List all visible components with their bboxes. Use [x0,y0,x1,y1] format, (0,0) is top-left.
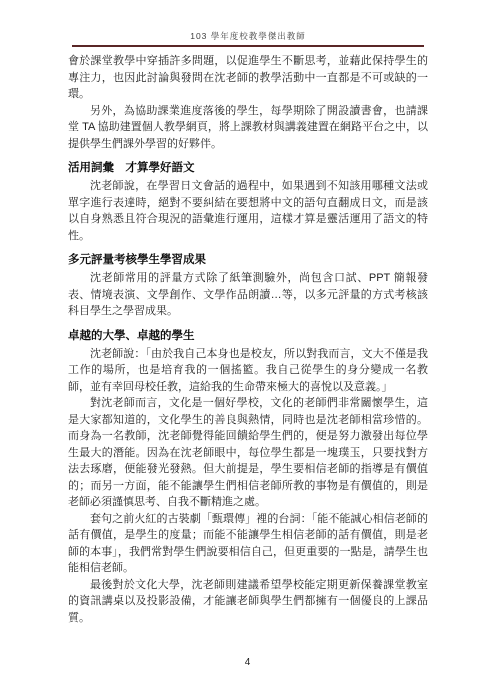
page-number: 4 [245,657,251,668]
paragraph: 沈老師常用的評量方式除了紙筆測驗外，尚包含口試、PPT 簡報發表、情境表演、文學… [68,270,428,320]
section-heading: 活用詞彙 才算學好語文 [68,160,428,176]
paragraph: 套句之前火紅的古裝劇「甄環傳」裡的台詞：「能不能誠心相信老師的話有價值，是學生的… [68,511,428,577]
page-footer: 4 [0,652,495,670]
document-page: 103 學年度校教學傑出教師 會於課堂教學中穿插許多問題，以促進學生不斷思考，並… [0,0,495,700]
section-heading: 卓越的大學、卓越的學生 [68,328,428,344]
paragraph: 沈老師說：「由於我自己本身也是校友，所以對我而言，文大不僅是我工作的場所，也是培… [68,346,428,396]
paragraph: 對沈老師而言，文化是一個好學校，文化的老師們非常關懷學生，這是大家都知道的，文化… [68,395,428,511]
header-rule [72,45,424,47]
header-title: 103 學年度校教學傑出教師 [68,30,428,42]
paragraph: 另外，為協助課業進度落後的學生，每學期除了開設讀書會，也請課堂 TA 協助建置個… [68,103,428,153]
paragraph: 會於課堂教學中穿插許多問題，以促進學生不斷思考，並藉此保持學生的專注力，也因此討… [68,53,428,103]
paragraph: 沈老師說，在學習日文會話的過程中，如果遇到不知該用哪種文法或單字進行表達時，絕對… [68,178,428,244]
document-body: 會於課堂教學中穿插許多問題，以促進學生不斷思考，並藉此保持學生的專注力，也因此討… [68,53,428,626]
section-heading: 多元評量考核學生學習成果 [68,252,428,268]
paragraph: 最後對於文化大學，沈老師則建議希望學校能定期更新保養課堂教室的資訊講桌以及投影設… [68,577,428,627]
page-header: 103 學年度校教學傑出教師 [68,30,428,47]
